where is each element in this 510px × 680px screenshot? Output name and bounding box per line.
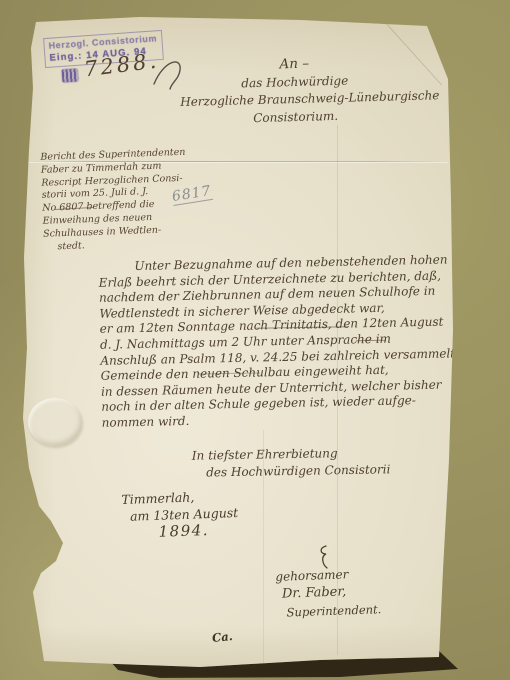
closing-block: In tiefster Ehrerbietung des Hochwürdige…: [192, 444, 391, 481]
signature-block: gehorsamer Dr. Faber, Superintendent.: [275, 564, 382, 622]
letter-page: Herzogl. Consistorium Eing.: 14 AUG. 94 …: [0, 0, 510, 680]
closing-line: des Hochwürdigen Consistorii: [206, 461, 391, 481]
embossed-seal: [28, 398, 82, 446]
signature-title: Superintendent.: [286, 600, 381, 621]
letter-body: Unter Bezugnahme auf den nebenstehenden …: [98, 252, 464, 431]
dateline-year: 1894.: [158, 521, 239, 541]
address-block: An – das Hochwürdige Herzogliche Braunsc…: [179, 53, 411, 129]
monogram-stamp-icon: [62, 68, 79, 82]
archival-mark: Ca.: [211, 629, 233, 645]
place-date-block: Timmerlah, am 13ten August 1894.: [121, 487, 239, 542]
photo-background: Herzogl. Consistorium Eing.: 14 AUG. 94 …: [0, 0, 510, 680]
margin-note: Bericht des Superintendenten Faber zu Ti…: [40, 146, 203, 254]
